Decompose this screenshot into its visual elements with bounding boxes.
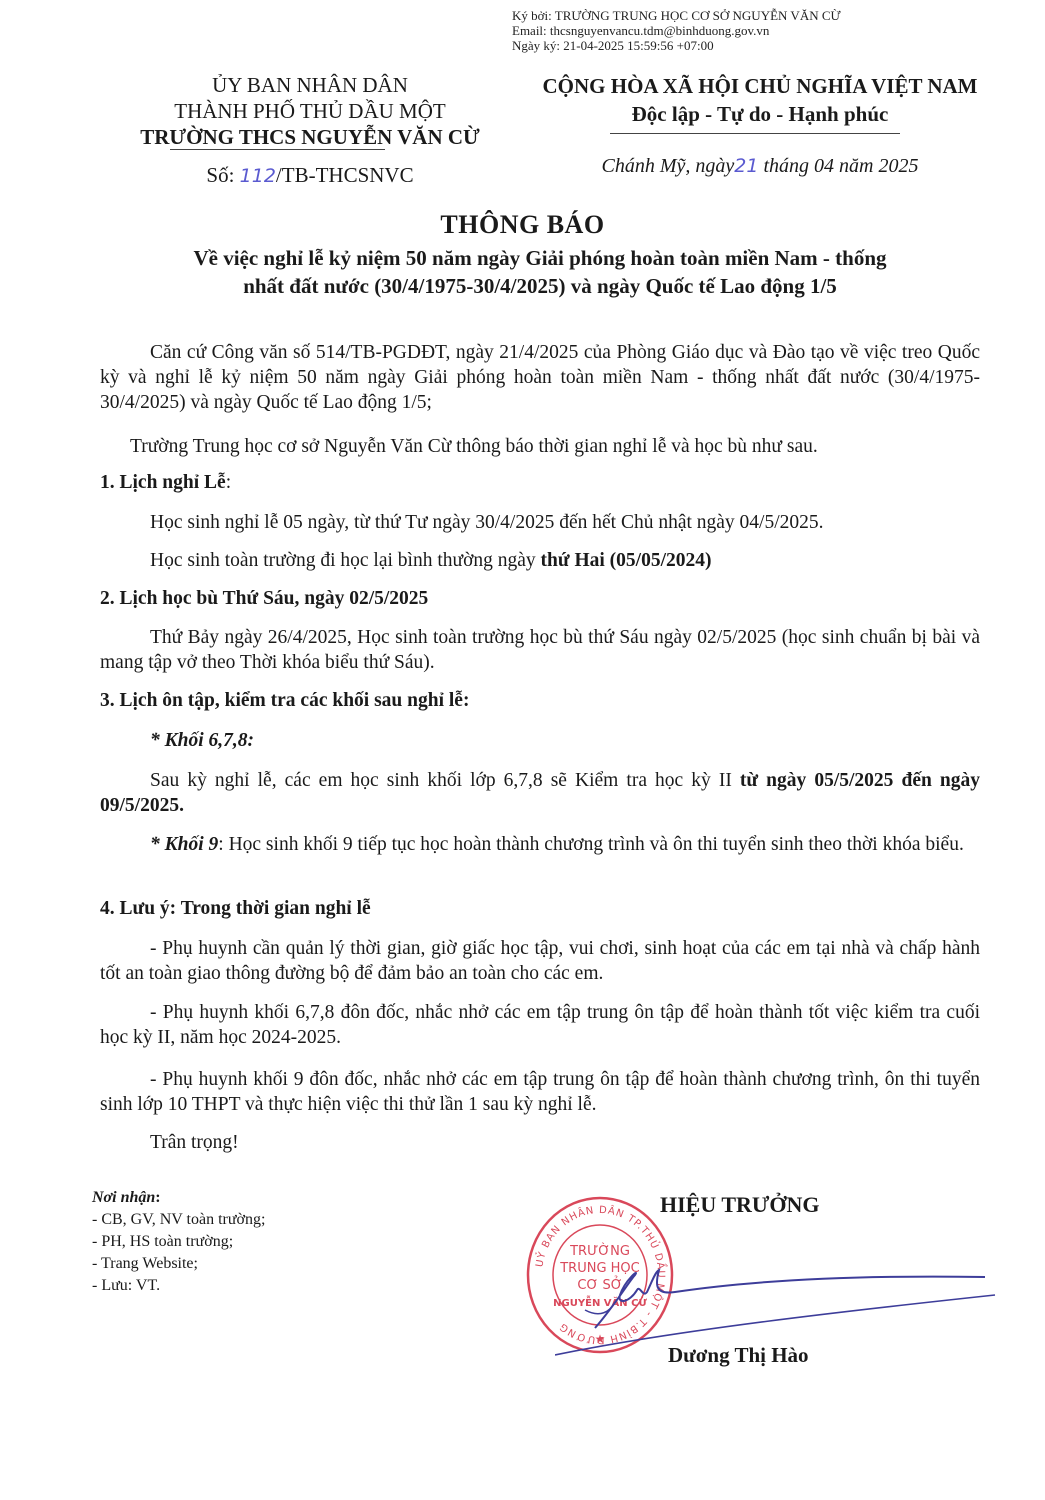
section-4-note-2: - Phụ huynh khối 6,7,8 đôn đốc, nhắc nhở… <box>100 1000 980 1050</box>
national-header: CỘNG HÒA XÃ HỘI CHỦ NGHĨA VIỆT NAM Độc l… <box>505 72 1015 128</box>
recipients-title: Nơi nhận <box>92 1189 155 1206</box>
grade-9-label: * Khối 9 <box>150 834 218 855</box>
section-1-colon: : <box>226 472 231 493</box>
national-motto-line-2: Độc lập - Tự do - Hạnh phúc <box>505 100 1015 128</box>
signed-date: Ngày ký: 21-04-2025 15:59:56 +07:00 <box>512 38 841 53</box>
section-1-paragraph-2: Học sinh toàn trường đi học lại bình thư… <box>150 548 990 573</box>
subtitle-line-1: Về việc nghỉ lễ kỷ niệm 50 năm ngày Giải… <box>100 244 980 272</box>
doc-no-suffix: /TB-THCSNVC <box>276 163 414 187</box>
section-4-heading: 4. Lưu ý: Trong thời gian nghỉ lễ <box>100 896 980 921</box>
section-3-grade-678-paragraph: Sau kỳ nghỉ lễ, các em học sinh khối lớp… <box>100 768 980 818</box>
section-3-grade-9-paragraph: * Khối 9: Học sinh khối 9 tiếp tục học h… <box>100 832 980 857</box>
issuer-underline <box>170 149 385 150</box>
digital-signature-info: Ký bởi: TRƯỜNG TRUNG HỌC CƠ SỞ NGUYỄN VĂ… <box>512 8 841 53</box>
section-2-heading: 2. Lịch học bù Thứ Sáu, ngày 02/5/2025 <box>100 586 980 611</box>
recipients-colon: : <box>155 1189 160 1206</box>
signatory-name: Dương Thị Hào <box>668 1343 809 1368</box>
section-4-note-3: - Phụ huynh khối 9 đôn đốc, nhắc nhở các… <box>100 1067 980 1117</box>
date-prefix: Chánh Mỹ, ngày <box>602 155 735 177</box>
section-1-heading: 1. Lịch nghỉ Lễ: <box>100 470 980 495</box>
recipient-item: - Lưu: VT. <box>92 1275 265 1297</box>
date-day-handwritten: 21 <box>734 155 758 177</box>
date-suffix: tháng 04 năm 2025 <box>763 155 918 177</box>
section-1-paragraph-1: Học sinh nghỉ lễ 05 ngày, từ thứ Tư ngày… <box>150 510 990 535</box>
grade-9-text: : Học sinh khối 9 tiếp tục học hoàn thàn… <box>218 834 964 855</box>
intro-paragraph-2: Trường Trung học cơ sở Nguyễn Văn Cừ thô… <box>100 434 980 459</box>
recipient-item: - CB, GV, NV toàn trường; <box>92 1209 265 1231</box>
section-3-heading: 3. Lịch ôn tập, kiểm tra các khối sau ng… <box>100 688 980 713</box>
signatory-title: HIỆU TRƯỞNG <box>660 1192 820 1218</box>
national-motto-line-1: CỘNG HÒA XÃ HỘI CHỦ NGHĨA VIỆT NAM <box>505 72 1015 100</box>
closing: Trân trọng! <box>150 1130 1030 1155</box>
doc-no-prefix: Số: <box>206 163 234 187</box>
doc-no-handwritten: 112 <box>240 165 276 187</box>
signer-email: Email: thcsnguyenvancu.tdm@binhduong.gov… <box>512 23 841 38</box>
place-date: Chánh Mỹ, ngày21 tháng 04 năm 2025 <box>505 155 1015 178</box>
subtitle-line-2: nhất đất nước (30/4/1975-30/4/2025) và n… <box>100 272 980 300</box>
document-title: THÔNG BÁO <box>0 210 1045 240</box>
return-date-text: Học sinh toàn trường đi học lại bình thư… <box>150 550 541 571</box>
document-subtitle: Về việc nghỉ lễ kỷ niệm 50 năm ngày Giải… <box>100 244 980 300</box>
national-underline <box>610 133 900 134</box>
recipient-item: - PH, HS toàn trường; <box>92 1231 265 1253</box>
intro-paragraph-1: Căn cứ Công văn số 514/TB-PGDĐT, ngày 21… <box>100 340 980 415</box>
issuer-line-1: ỦY BAN NHÂN DÂN <box>95 72 525 98</box>
issuer-school-name: TRƯỜNG THCS NGUYỄN VĂN CỪ <box>95 124 525 150</box>
return-date-bold: thứ Hai (05/05/2024) <box>541 550 712 571</box>
document-number: Số: 112/TB-THCSNVC <box>95 163 525 188</box>
section-3-grade-678-label: * Khối 6,7,8: <box>150 728 1030 753</box>
section-2-paragraph: Thứ Bảy ngày 26/4/2025, Học sinh toàn tr… <box>100 625 980 675</box>
signed-by: Ký bởi: TRƯỜNG TRUNG HỌC CƠ SỞ NGUYỄN VĂ… <box>512 8 841 23</box>
issuer-line-2: THÀNH PHỐ THỦ DẦU MỘT <box>95 98 525 124</box>
recipients-block: Nơi nhận: - CB, GV, NV toàn trường; - PH… <box>92 1187 265 1297</box>
section-1-title: 1. Lịch nghỉ Lễ <box>100 472 226 493</box>
recipient-item: - Trang Website; <box>92 1253 265 1275</box>
section-4-note-1: - Phụ huynh cần quản lý thời gian, giờ g… <box>100 936 980 986</box>
issuer-header: ỦY BAN NHÂN DÂN THÀNH PHỐ THỦ DẦU MỘT TR… <box>95 72 525 150</box>
exam-text: Sau kỳ nghỉ lễ, các em học sinh khối lớp… <box>150 770 740 791</box>
